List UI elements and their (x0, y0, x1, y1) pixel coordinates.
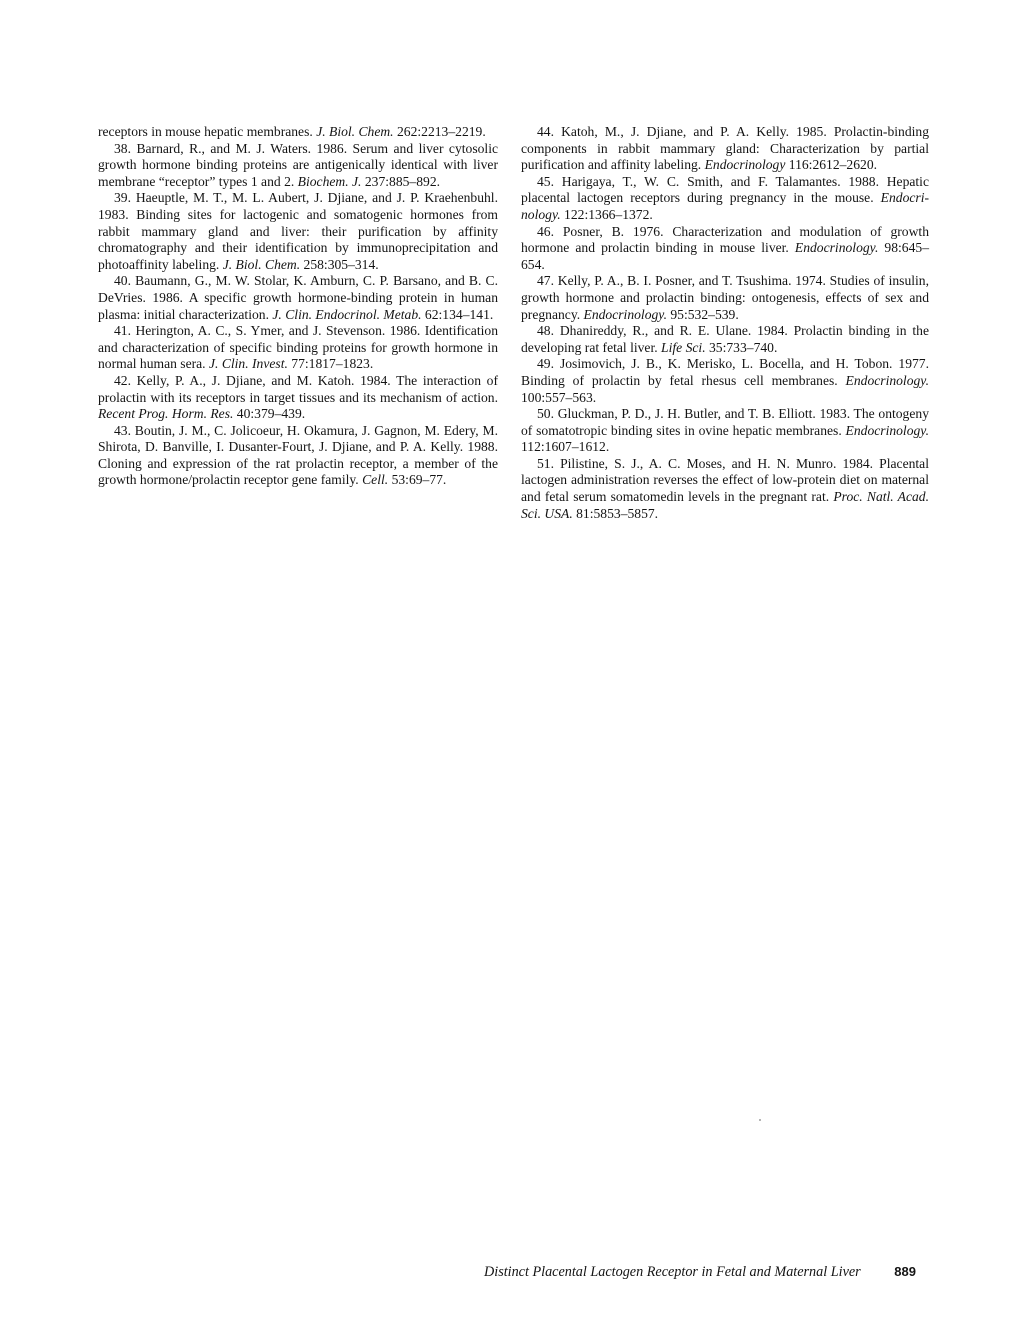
journal-name: Endocrinology. (846, 423, 929, 438)
reference-text: 95:532–539. (667, 307, 739, 322)
reference-text: 116:2612–2620. (785, 157, 877, 172)
reference-entry: 50. Gluckman, P. D., J. H. Butler, and T… (521, 406, 929, 456)
reference-text: 237:885–892. (361, 174, 440, 189)
reference-entry: 44. Katoh, M., J. Djiane, and P. A. Kell… (521, 124, 929, 174)
reference-text: 40:379–439. (233, 406, 305, 421)
reference-text: 42. Kelly, P. A., J. Djiane, and M. Kato… (98, 373, 498, 405)
reference-text: 53:69–77. (388, 472, 446, 487)
journal-name: Recent Prog. Horm. Res. (98, 406, 233, 421)
reference-entry: 40. Baumann, G., M. W. Stolar, K. Amburn… (98, 273, 498, 323)
reference-text: 112:1607–1612. (521, 439, 609, 454)
reference-entry: 49. Josimovich, J. B., K. Merisko, L. Bo… (521, 356, 929, 406)
reference-text: 258:305–314. (300, 257, 379, 272)
reference-text: 100:557–563. (521, 390, 596, 405)
references-left-column: receptors in mouse hepatic membranes. J.… (98, 124, 498, 489)
reference-text: 81:5853–5857. (573, 506, 658, 521)
reference-text: receptors in mouse hepatic membranes. (98, 124, 316, 139)
reference-entry: 42. Kelly, P. A., J. Djiane, and M. Kato… (98, 373, 498, 423)
journal-name: Biochem. J. (298, 174, 362, 189)
reference-text: 62:134–141. (422, 307, 494, 322)
journal-name: J. Biol. Chem. (223, 257, 300, 272)
reference-entry: 48. Dhanireddy, R., and R. E. Ulane. 198… (521, 323, 929, 356)
journal-name: Endocrinology. (584, 307, 667, 322)
journal-name: Endocrinology. (846, 373, 929, 388)
reference-entry: receptors in mouse hepatic membranes. J.… (98, 124, 498, 141)
journal-name: Cell. (362, 472, 388, 487)
journal-name: Life Sci. (661, 340, 706, 355)
journal-name: J. Clin. Invest. (209, 356, 288, 371)
reference-text: 122:1366–1372. (561, 207, 653, 222)
reference-entry: 43. Boutin, J. M., C. Jolicoeur, H. Okam… (98, 423, 498, 489)
reference-text: 77:1817–1823. (288, 356, 373, 371)
journal-name: J. Clin. Endocrinol. Metab. (272, 307, 421, 322)
document-page: receptors in mouse hepatic membranes. J.… (0, 0, 1020, 1320)
reference-entry: 47. Kelly, P. A., B. I. Posner, and T. T… (521, 273, 929, 323)
journal-name: J. Biol. Chem. (316, 124, 393, 139)
page-footer: Distinct Placental Lactogen Receptor in … (484, 1263, 916, 1281)
reference-entry: 45. Harigaya, T., W. C. Smith, and F. Ta… (521, 174, 929, 224)
reference-entry: 51. Pilistine, S. J., A. C. Moses, and H… (521, 456, 929, 522)
journal-name: Endocrinology (705, 157, 786, 172)
reference-entry: 46. Posner, B. 1976. Characterization an… (521, 224, 929, 274)
running-title: Distinct Placental Lactogen Receptor in … (484, 1263, 861, 1281)
reference-text: 262:2213–2219. (394, 124, 486, 139)
scan-artifact-dot (759, 1119, 761, 1121)
references-right-column: 44. Katoh, M., J. Djiane, and P. A. Kell… (521, 124, 929, 522)
reference-text: 45. Harigaya, T., W. C. Smith, and F. Ta… (521, 174, 929, 206)
journal-name: Endocrinology. (795, 240, 878, 255)
reference-entry: 38. Barnard, R., and M. J. Waters. 1986.… (98, 141, 498, 191)
reference-text: 35:733–740. (706, 340, 778, 355)
reference-entry: 39. Haeuptle, M. T., M. L. Aubert, J. Dj… (98, 190, 498, 273)
reference-entry: 41. Herington, A. C., S. Ymer, and J. St… (98, 323, 498, 373)
page-number: 889 (894, 1263, 916, 1281)
